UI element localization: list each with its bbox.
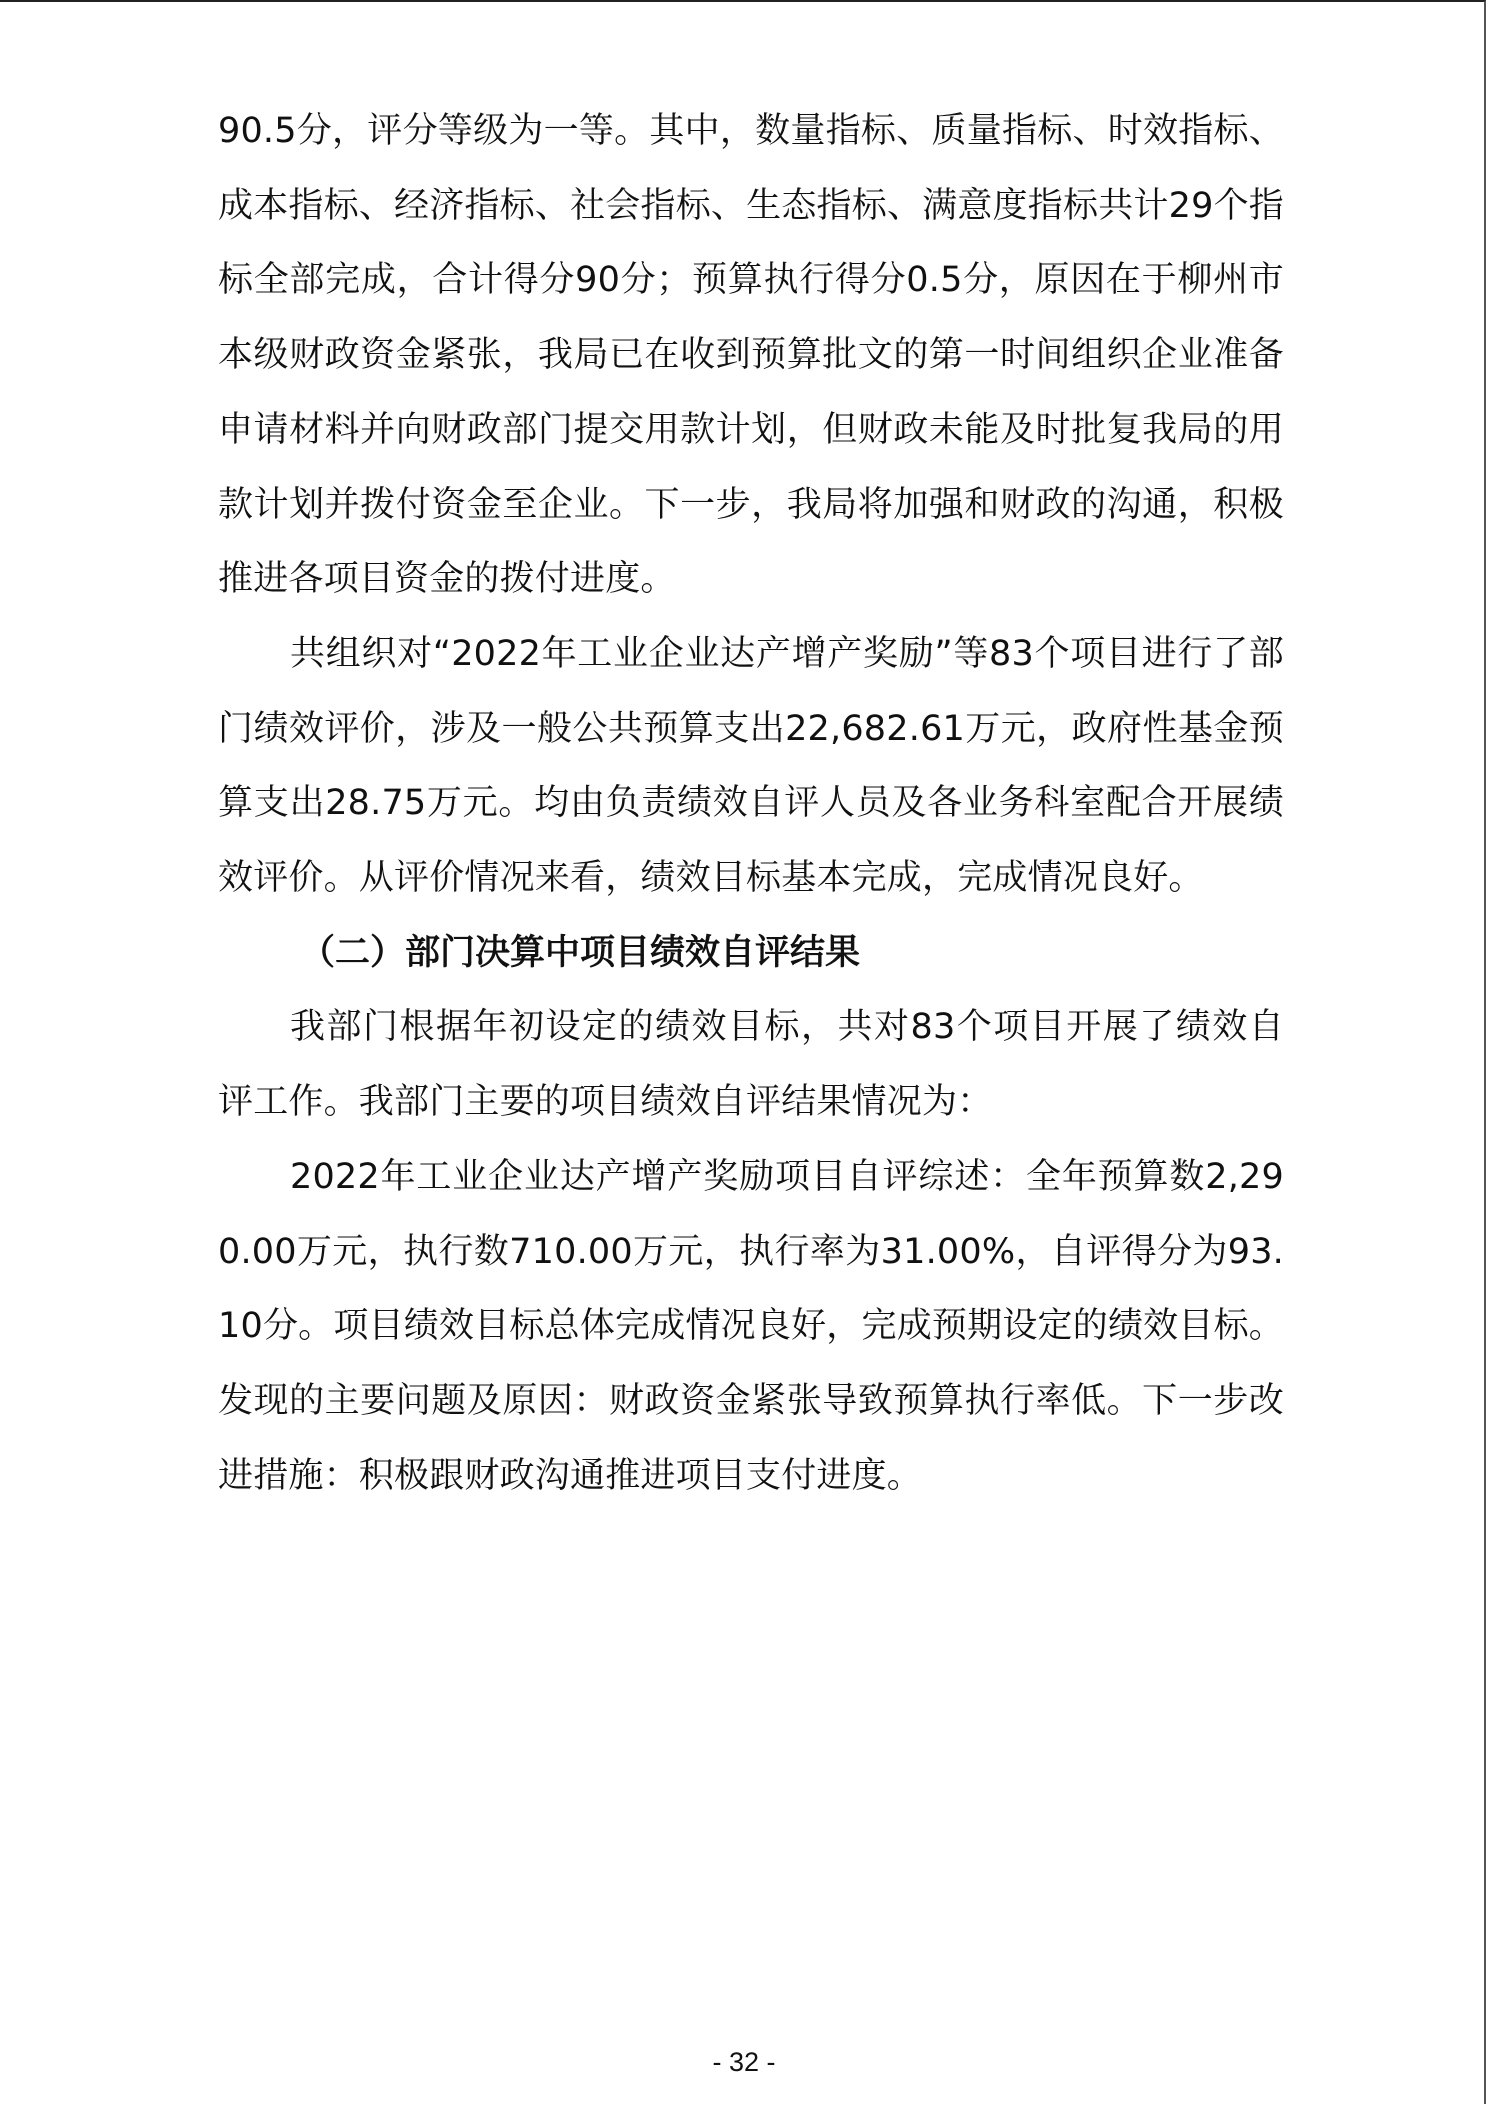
section-heading: （二）部门决算中项目绩效自评结果 xyxy=(218,916,1284,991)
page-number: - 32 - xyxy=(0,2047,1488,2078)
paragraph-project-summary: 2022年工业企业达产增产奖励项目自评综述：全年预算数2,290.00万元，执行… xyxy=(218,1140,1284,1514)
document-page: 90.5分，评分等级为一等。其中，数量指标、质量指标、时效指标、成本指标、经济指… xyxy=(0,0,1486,2104)
paragraph-score-summary: 90.5分，评分等级为一等。其中，数量指标、质量指标、时效指标、成本指标、经济指… xyxy=(218,94,1284,617)
paragraph-self-evaluation-intro: 我部门根据年初设定的绩效目标，共对83个项目开展了绩效自评工作。我部门主要的项目… xyxy=(218,990,1284,1139)
page-content: 90.5分，评分等级为一等。其中，数量指标、质量指标、时效指标、成本指标、经济指… xyxy=(218,94,1284,1513)
paragraph-evaluation-overview: 共组织对“2022年工业企业达产增产奖励”等83个项目进行了部门绩效评价，涉及一… xyxy=(218,617,1284,916)
